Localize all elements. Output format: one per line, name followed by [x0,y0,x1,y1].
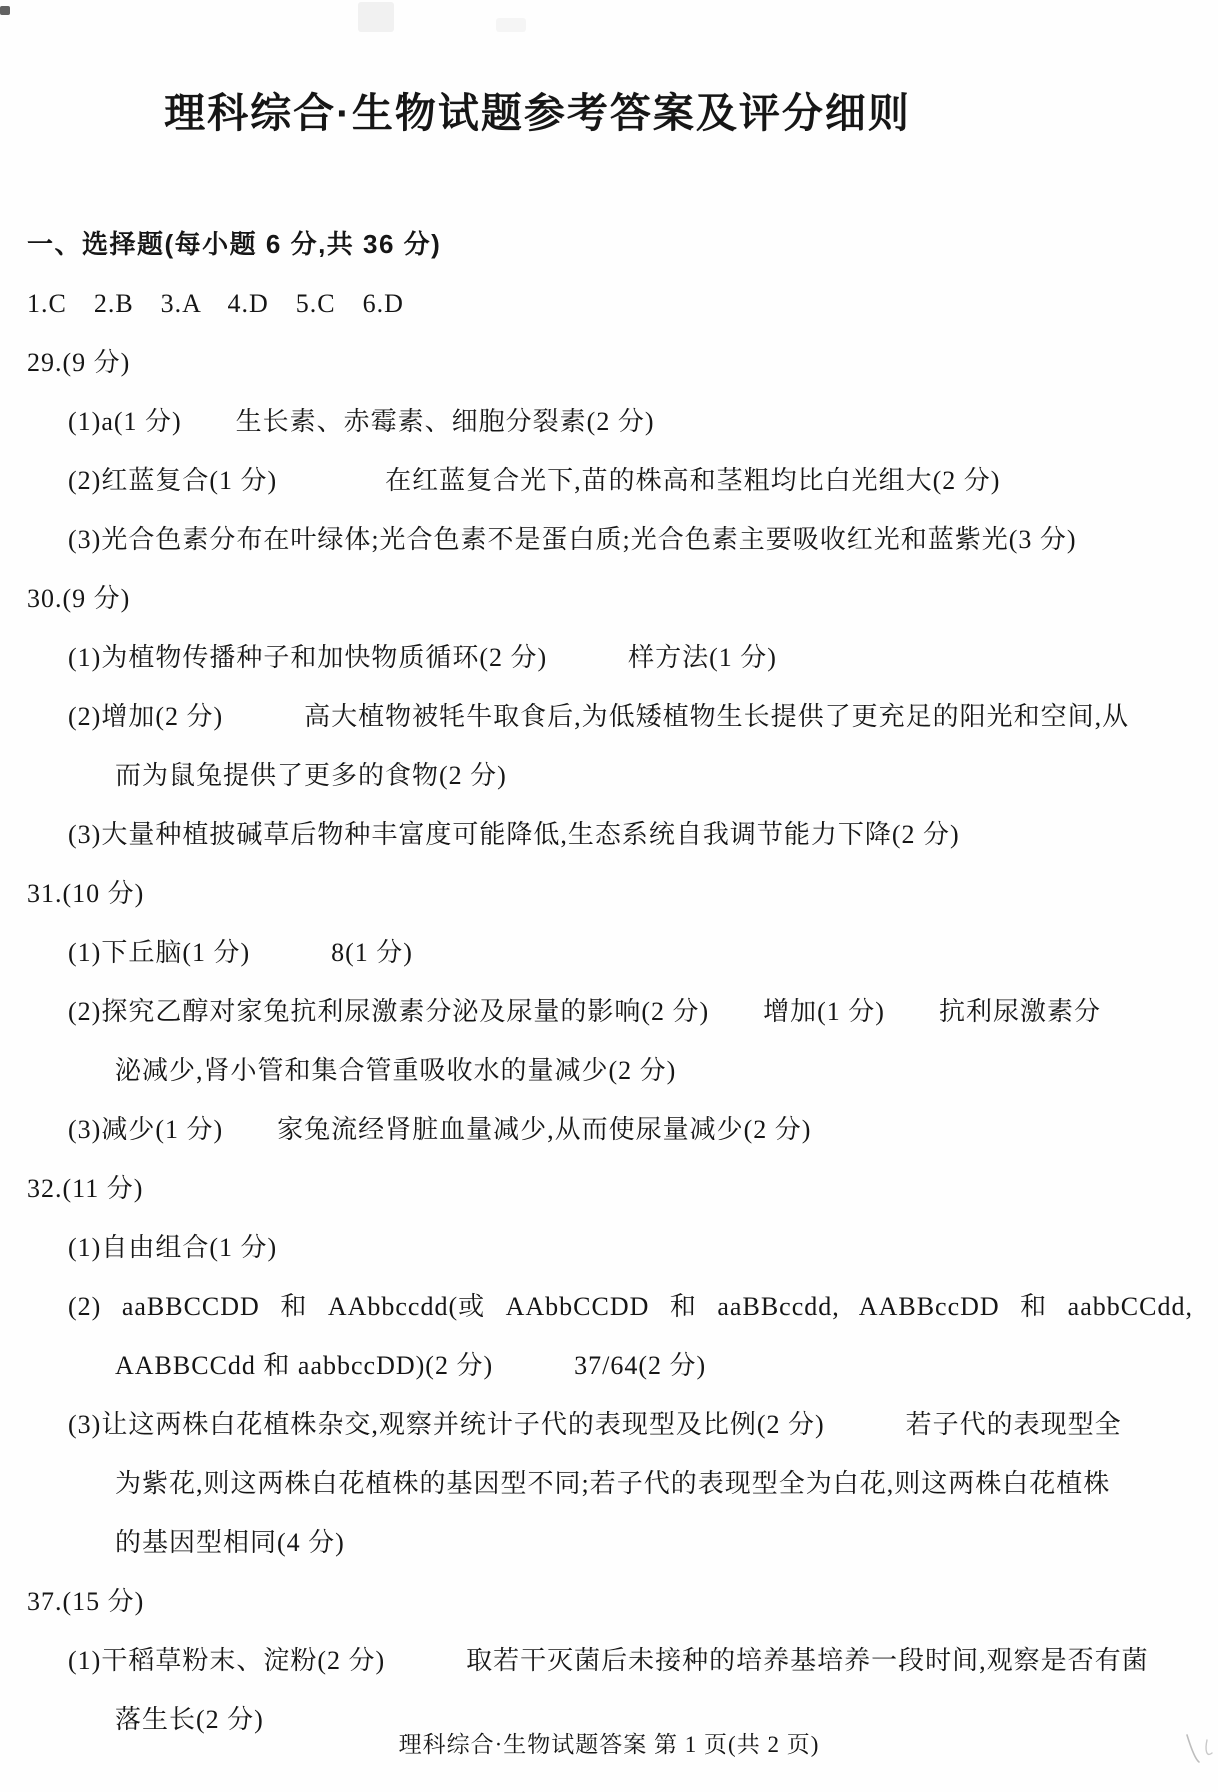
scan-speck-topleft [0,6,10,15]
q31-heading: 31.(10 分) [0,864,1218,923]
multiple-choice-answers: 1.C 2.B 3.A 4.D 5.C 6.D [0,274,1218,333]
q29-heading: 29.(9 分) [0,333,1218,392]
q32-part3: (3)让这两株白花植株杂交,观察并统计子代的表现型及比例(2 分) 若子代的表现… [0,1395,1218,1454]
q32-part2: (2) aaBBCCDD 和 AAbbccdd(或 AAbbCCDD 和 aaB… [0,1277,1218,1336]
q32-part3-continued-2: 的基因型相同(4 分) [0,1513,1218,1572]
q30-part1: (1)为植物传播种子和加快物质循环(2 分) 样方法(1 分) [0,628,1218,687]
q32-part1: (1)自由组合(1 分) [0,1218,1218,1277]
q30-heading: 30.(9 分) [0,569,1218,628]
answer-sheet-page: 理科综合·生物试题参考答案及评分细则 一、选择题(每小题 6 分,共 36 分)… [0,0,1218,1792]
q32-part3-continued: 为紫花,则这两株白花植株的基因型不同;若子代的表现型全为白花,则这两株白花植株 [0,1454,1218,1513]
q32-part2-continued: AABBCCdd 和 aabbccDD)(2 分) 37/64(2 分) [0,1336,1218,1395]
scan-smudge-top-1 [358,2,394,32]
q30-part2: (2)增加(2 分) 高大植物被牦牛取食后,为低矮植物生长提供了更充足的阳光和空… [0,687,1218,746]
q29-part2: (2)红蓝复合(1 分) 在红蓝复合光下,苗的株高和茎粗均比白光组大(2 分) [0,451,1218,510]
stray-pen-mark [1184,1732,1216,1773]
q37-heading: 37.(15 分) [0,1572,1218,1631]
q31-part2-continued: 泌减少,肾小管和集合管重吸收水的量减少(2 分) [0,1041,1218,1100]
scan-smudge-top-2 [496,18,526,32]
section1-heading: 一、选择题(每小题 6 分,共 36 分) [0,215,1218,274]
q31-part1: (1)下丘脑(1 分) 8(1 分) [0,923,1218,982]
page-footer: 理科综合·生物试题答案 第 1 页(共 2 页) [0,1726,1218,1759]
q32-heading: 32.(11 分) [0,1159,1218,1218]
q30-part3: (3)大量种植披碱草后物种丰富度可能降低,生态系统自我调节能力下降(2 分) [0,805,1218,864]
q30-part2-continued: 而为鼠兔提供了更多的食物(2 分) [0,746,1218,805]
q31-part2: (2)探究乙醇对家兔抗利尿激素分泌及尿量的影响(2 分) 增加(1 分) 抗利尿… [0,982,1218,1041]
answers-body: 一、选择题(每小题 6 分,共 36 分) 1.C 2.B 3.A 4.D 5.… [0,215,1218,1749]
q29-part3: (3)光合色素分布在叶绿体;光合色素不是蛋白质;光合色素主要吸收红光和蓝紫光(3… [0,510,1218,569]
document-title: 理科综合·生物试题参考答案及评分细则 [0,80,1075,139]
q29-part1: (1)a(1 分) 生长素、赤霉素、细胞分裂素(2 分) [0,392,1218,451]
q37-part1: (1)干稻草粉末、淀粉(2 分) 取若干灭菌后未接种的培养基培养一段时间,观察是… [0,1631,1218,1690]
q31-part3: (3)减少(1 分) 家兔流经肾脏血量减少,从而使尿量减少(2 分) [0,1100,1218,1159]
pen-mark-icon [1184,1732,1216,1768]
